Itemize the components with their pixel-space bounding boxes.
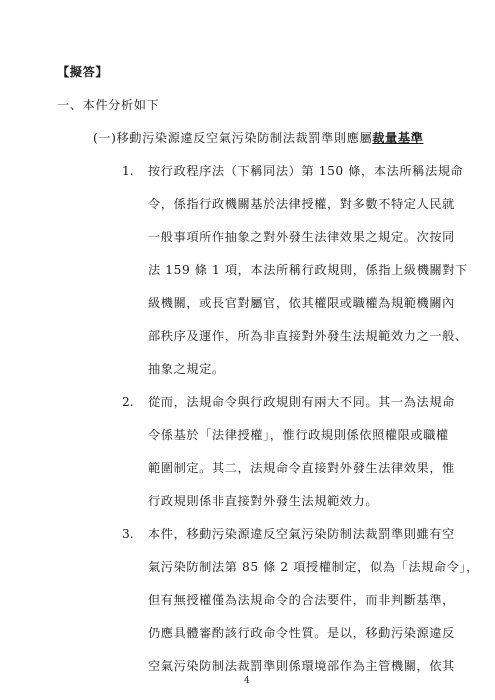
- item-line: 令係基於「法律授權」，惟行政規則係依照權限或職權: [148, 427, 449, 443]
- item-line: 法 159 條 1 項，本法所稱行政規則，係指上級機關對下: [148, 262, 468, 278]
- item-line: 按行政程序法（下稱同法）第 150 條，本法所稱法規命: [148, 163, 463, 179]
- item-line: 仍應具體審酌該行政命令性質。是以，移動污染源違反: [148, 625, 455, 641]
- item-line: 氣污染防制法第 85 條 2 項授權制定，似為「法規命令」，: [148, 559, 479, 575]
- subsection-title: (一)移動污染源違反空氣污染防制法裁罰準則應屬裁量基準: [93, 130, 423, 146]
- item-number: 3.: [122, 526, 134, 542]
- section-title: 一、本件分析如下: [57, 97, 159, 113]
- item-line: 令，係指行政機關基於法律授權，對多數不特定人民就: [148, 196, 455, 212]
- item-line: 抽象之規定。: [148, 361, 225, 377]
- item-number: 1.: [122, 163, 134, 179]
- item-line: 部秩序及運作，所為非直接對外發生法規範效力之一般、: [148, 328, 468, 344]
- item-number: 2.: [122, 394, 134, 410]
- item-line: 本件，移動污染源違反空氣污染防制法裁罰準則雖有空: [148, 526, 455, 542]
- item-line: 行政規則係非直接對外發生法規範效力。: [148, 493, 378, 509]
- item-line: 範圍制定。其二，法規命令直接對外發生法律效果，惟: [148, 460, 455, 476]
- subsection-prefix: (一)移動污染源違反空氣污染防制法裁罰準則應屬: [93, 131, 372, 145]
- item-line: 一般事項所作抽象之對外發生法律效果之規定。次按同: [148, 229, 455, 245]
- page-number: 4: [244, 676, 250, 686]
- item-line: 級機關，或長官對屬官，依其權限或職權為規範機關內: [148, 295, 455, 311]
- item-line: 但有無授權僅為法規命令的合法要件，而非判斷基準，: [148, 592, 455, 608]
- item-line: 空氣污染防制法裁罰準則係環境部作為主管機關，依其: [148, 658, 455, 674]
- item-line: 從而，法規命令與行政規則有兩大不同。其一為法規命: [148, 394, 455, 410]
- subsection-emphasis: 裁量基準: [372, 131, 423, 145]
- answer-heading: 【擬答】: [57, 64, 108, 80]
